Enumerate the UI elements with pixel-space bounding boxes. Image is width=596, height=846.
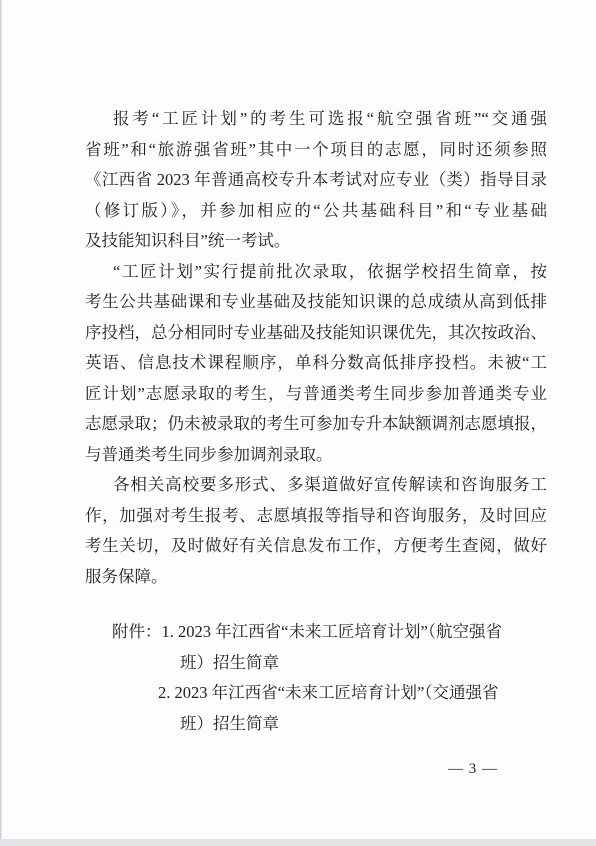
document-body: 报考“工匠计划”的考生可选报“航空强省班”“交通强 省班”和“旅游强省班”其中一… <box>85 104 547 779</box>
paragraph-1: 报考“工匠计划”的考生可选报“航空强省班”“交通强 省班”和“旅游强省班”其中一… <box>85 104 547 257</box>
paragraph-line: 《江西省 2023 年普通高校专升本考试对应专业（类）指导目录 <box>85 165 547 196</box>
paragraph-line: “工匠计划”实行提前批次录取，依据学校招生简章，按 <box>85 257 547 288</box>
paragraph-line: 与普通类考生同步参加调剂录取。 <box>85 440 547 471</box>
paragraph-line: 志愿录取；仍未被录取的考生可参加专升本缺额调剂志愿填报， <box>85 409 547 440</box>
paragraph-line: 序投档，总分相同时专业基础及技能知识课优先，其次按政治、 <box>85 318 547 349</box>
paragraph-line: 匠计划”志愿录取的考生，与普通类考生同步参加普通类专业 <box>85 379 547 410</box>
paragraph-line: （修订版）》，并参加相应的“公共基础科目”和“专业基础 <box>85 196 547 227</box>
scanned-document-page: 报考“工匠计划”的考生可选报“航空强省班”“交通强 省班”和“旅游强省班”其中一… <box>0 0 596 846</box>
paragraph-line: 考生公共基础课和专业基础及技能知识课的总成绩从高到低排 <box>85 287 547 318</box>
scan-edge-left <box>0 0 2 846</box>
scan-edge-bottom <box>0 839 596 846</box>
paragraph-line: 作，加强对考生报考、志愿填报等指导和咨询服务，及时回应 <box>85 501 547 532</box>
attachment-section: 附件：1. 2023 年江西省“未来工匠培育计划”（航空强省 班）招生简章 2.… <box>85 617 547 739</box>
paragraph-2: “工匠计划”实行提前批次录取，依据学校招生简章，按 考生公共基础课和专业基础及技… <box>85 257 547 471</box>
page-number: — 3 — <box>85 759 547 779</box>
paragraph-3: 各相关高校要多形式、多渠道做好宣传解读和咨询服务工 作，加强对考生报考、志愿填报… <box>85 470 547 592</box>
paragraph-line: 英语、信息技术课程顺序，单科分数高低排序投档。未被“工 <box>85 348 547 379</box>
paragraph-line: 考生关切，及时做好有关信息发布工作，方便考生查阅，做好 <box>85 531 547 562</box>
paragraph-line: 报考“工匠计划”的考生可选报“航空强省班”“交通强 <box>85 104 547 135</box>
attachment-line: 2. 2023 年江西省“未来工匠培育计划”（交通强省 <box>158 678 547 709</box>
attachment-line: 班）招生简章 <box>180 648 547 679</box>
paragraph-line: 省班”和“旅游强省班”其中一个项目的志愿，同时还须参照 <box>85 135 547 166</box>
attachment-line: 班）招生简章 <box>180 709 547 740</box>
paragraph-line: 服务保障。 <box>85 562 547 593</box>
paragraph-line: 各相关高校要多形式、多渠道做好宣传解读和咨询服务工 <box>85 470 547 501</box>
attachment-line: 附件：1. 2023 年江西省“未来工匠培育计划”（航空强省 <box>112 617 547 648</box>
paragraph-line: 及技能知识科目”统一考试。 <box>85 226 547 257</box>
